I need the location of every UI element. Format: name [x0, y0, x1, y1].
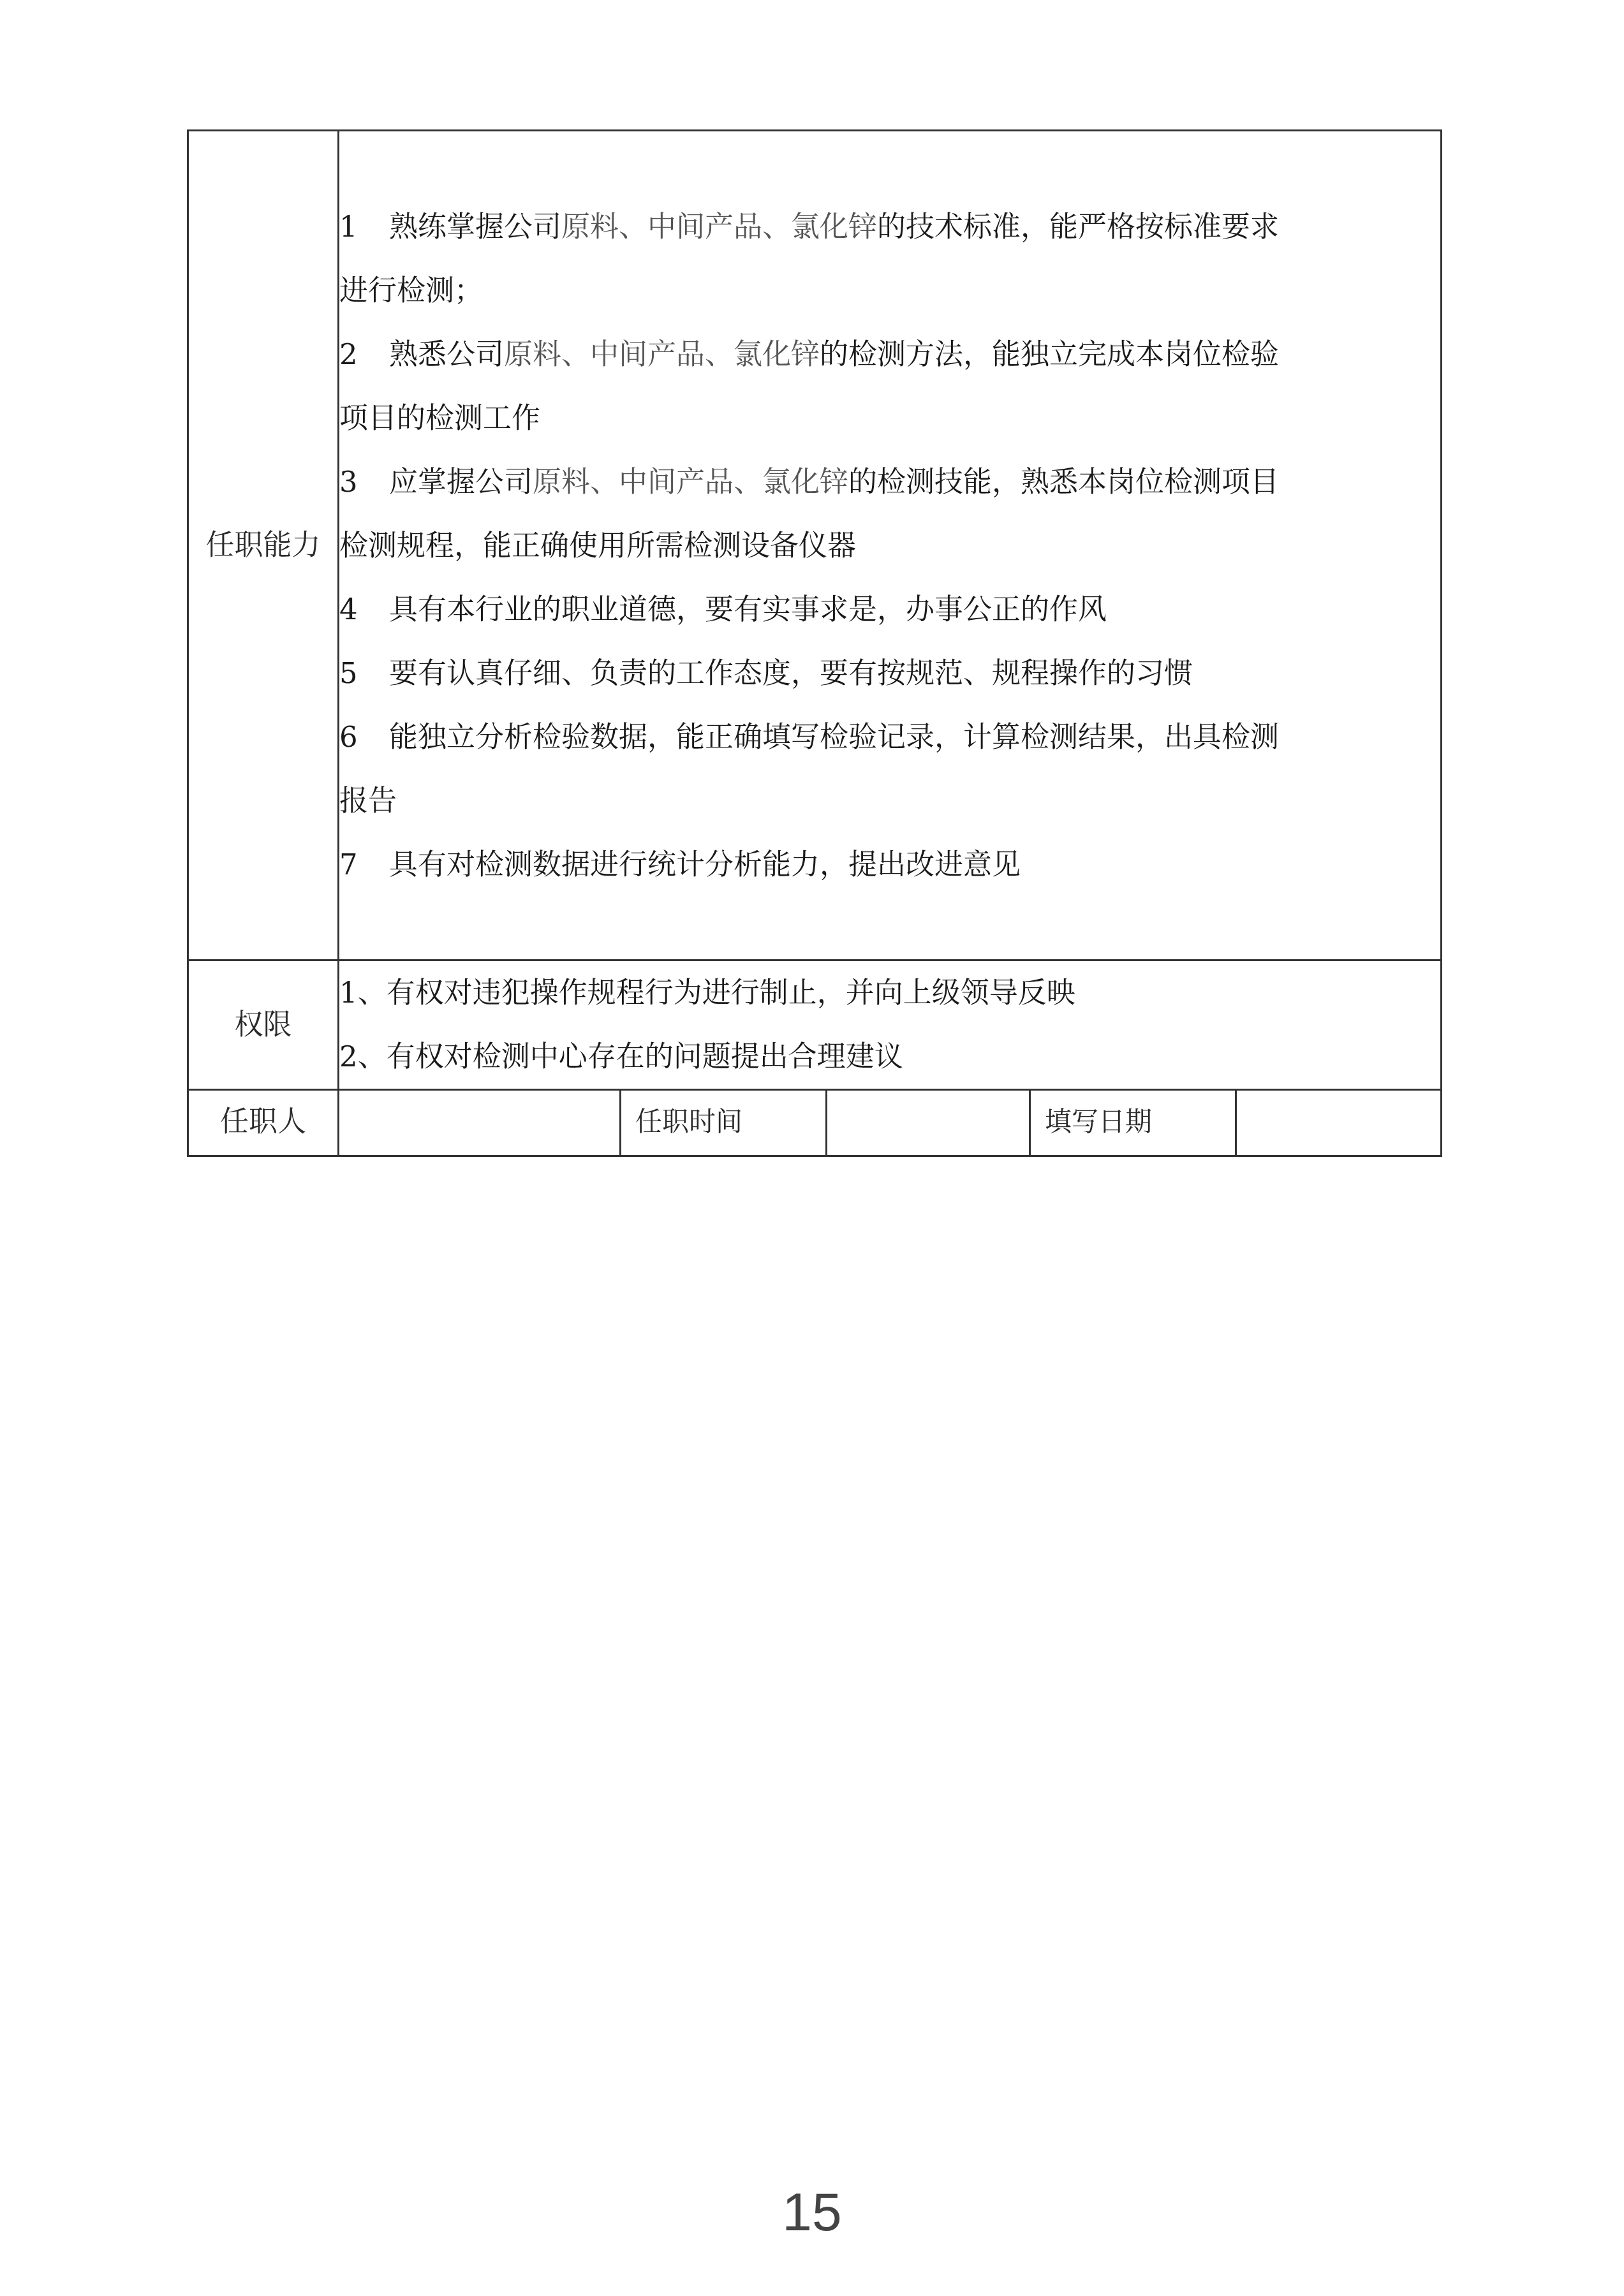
tenure-label: 任职时间 — [621, 1090, 827, 1156]
document-page: 任职能力 1熟练掌握公司原料、中间产品、氯化锌的技术标准，能严格按标准要求 进行… — [0, 0, 1624, 2296]
text: 的技术标准，能严格按标准要求 — [877, 210, 1279, 244]
highlighted-text: 原料、中间产品、氯化锌 — [533, 465, 848, 499]
ability-item-1-line-1: 1熟练掌握公司原料、中间产品、氯化锌的技术标准，能严格按标准要求 — [339, 195, 1440, 259]
item-number: 7 — [339, 833, 389, 897]
item-number: 5 — [339, 642, 389, 705]
ability-item-3-line-2: 检测规程，能正确使用所需检测设备仪器 — [339, 514, 1440, 578]
holder-label: 任职人 — [188, 1090, 339, 1156]
item-number: 4 — [339, 578, 389, 642]
fill-date-field[interactable] — [1236, 1090, 1442, 1156]
signoff-row: 任职人 任职时间 填写日期 — [188, 1090, 1442, 1156]
ability-item-6-line-1: 6能独立分析检验数据，能正确填写检验记录，计算检测结果，出具检测 — [339, 705, 1440, 769]
text: 具有对检测数据进行统计分析能力，提出改进意见 — [389, 848, 1021, 881]
text: 应掌握公司 — [389, 465, 533, 499]
ability-item-2-line-1: 2熟悉公司原料、中间产品、氯化锌的检测方法，能独立完成本岗位检验 — [339, 323, 1440, 386]
ability-item-4-line-1: 4具有本行业的职业道德，要有实事求是，办事公正的作风 — [339, 578, 1440, 642]
ability-item-3-line-1: 3应掌握公司原料、中间产品、氯化锌的检测技能，熟悉本岗位检测项目 — [339, 450, 1440, 514]
text: 熟悉公司 — [389, 337, 504, 371]
item-number: 1 — [339, 195, 389, 259]
text: 的检测方法，能独立完成本岗位检验 — [820, 337, 1279, 371]
fill-date-label: 填写日期 — [1030, 1090, 1236, 1156]
text: 的检测技能，熟悉本岗位检测项目 — [848, 465, 1279, 499]
ability-item-1-line-2: 进行检测； — [339, 259, 1440, 323]
page-number: 15 — [0, 2181, 1624, 2243]
authority-item-1: 1、有权对违犯操作规程行为进行制止，并向上级领导反映 — [339, 961, 1440, 1025]
item-number: 2 — [339, 323, 389, 386]
ability-row: 任职能力 1熟练掌握公司原料、中间产品、氯化锌的技术标准，能严格按标准要求 进行… — [188, 131, 1442, 960]
holder-field[interactable] — [339, 1090, 621, 1156]
ability-item-6-line-2: 报告 — [339, 769, 1440, 833]
text: 要有认真仔细、负责的工作态度，要有按规范、规程操作的习惯 — [389, 656, 1193, 690]
tenure-field[interactable] — [827, 1090, 1030, 1156]
authority-content: 1、有权对违犯操作规程行为进行制止，并向上级领导反映 2、有权对检测中心存在的问… — [339, 960, 1442, 1090]
job-description-table: 任职能力 1熟练掌握公司原料、中间产品、氯化锌的技术标准，能严格按标准要求 进行… — [187, 129, 1442, 1157]
ability-item-2-line-2: 项目的检测工作 — [339, 386, 1440, 450]
text: 熟练掌握公司 — [389, 210, 561, 244]
item-number: 6 — [339, 705, 389, 769]
ability-item-7-line-1: 7具有对检测数据进行统计分析能力，提出改进意见 — [339, 833, 1440, 897]
authority-label: 权限 — [188, 960, 339, 1090]
ability-label: 任职能力 — [188, 131, 339, 960]
highlighted-text: 原料、中间产品、氯化锌 — [561, 210, 877, 244]
text: 具有本行业的职业道德，要有实事求是，办事公正的作风 — [389, 592, 1107, 626]
ability-content: 1熟练掌握公司原料、中间产品、氯化锌的技术标准，能严格按标准要求 进行检测； 2… — [339, 131, 1442, 960]
authority-row: 权限 1、有权对违犯操作规程行为进行制止，并向上级领导反映 2、有权对检测中心存… — [188, 960, 1442, 1090]
authority-item-2: 2、有权对检测中心存在的问题提出合理建议 — [339, 1025, 1440, 1089]
item-number: 3 — [339, 450, 389, 514]
ability-item-5-line-1: 5要有认真仔细、负责的工作态度，要有按规范、规程操作的习惯 — [339, 642, 1440, 705]
text: 能独立分析检验数据，能正确填写检验记录，计算检测结果，出具检测 — [389, 720, 1279, 754]
highlighted-text: 原料、中间产品、氯化锌 — [504, 337, 820, 371]
